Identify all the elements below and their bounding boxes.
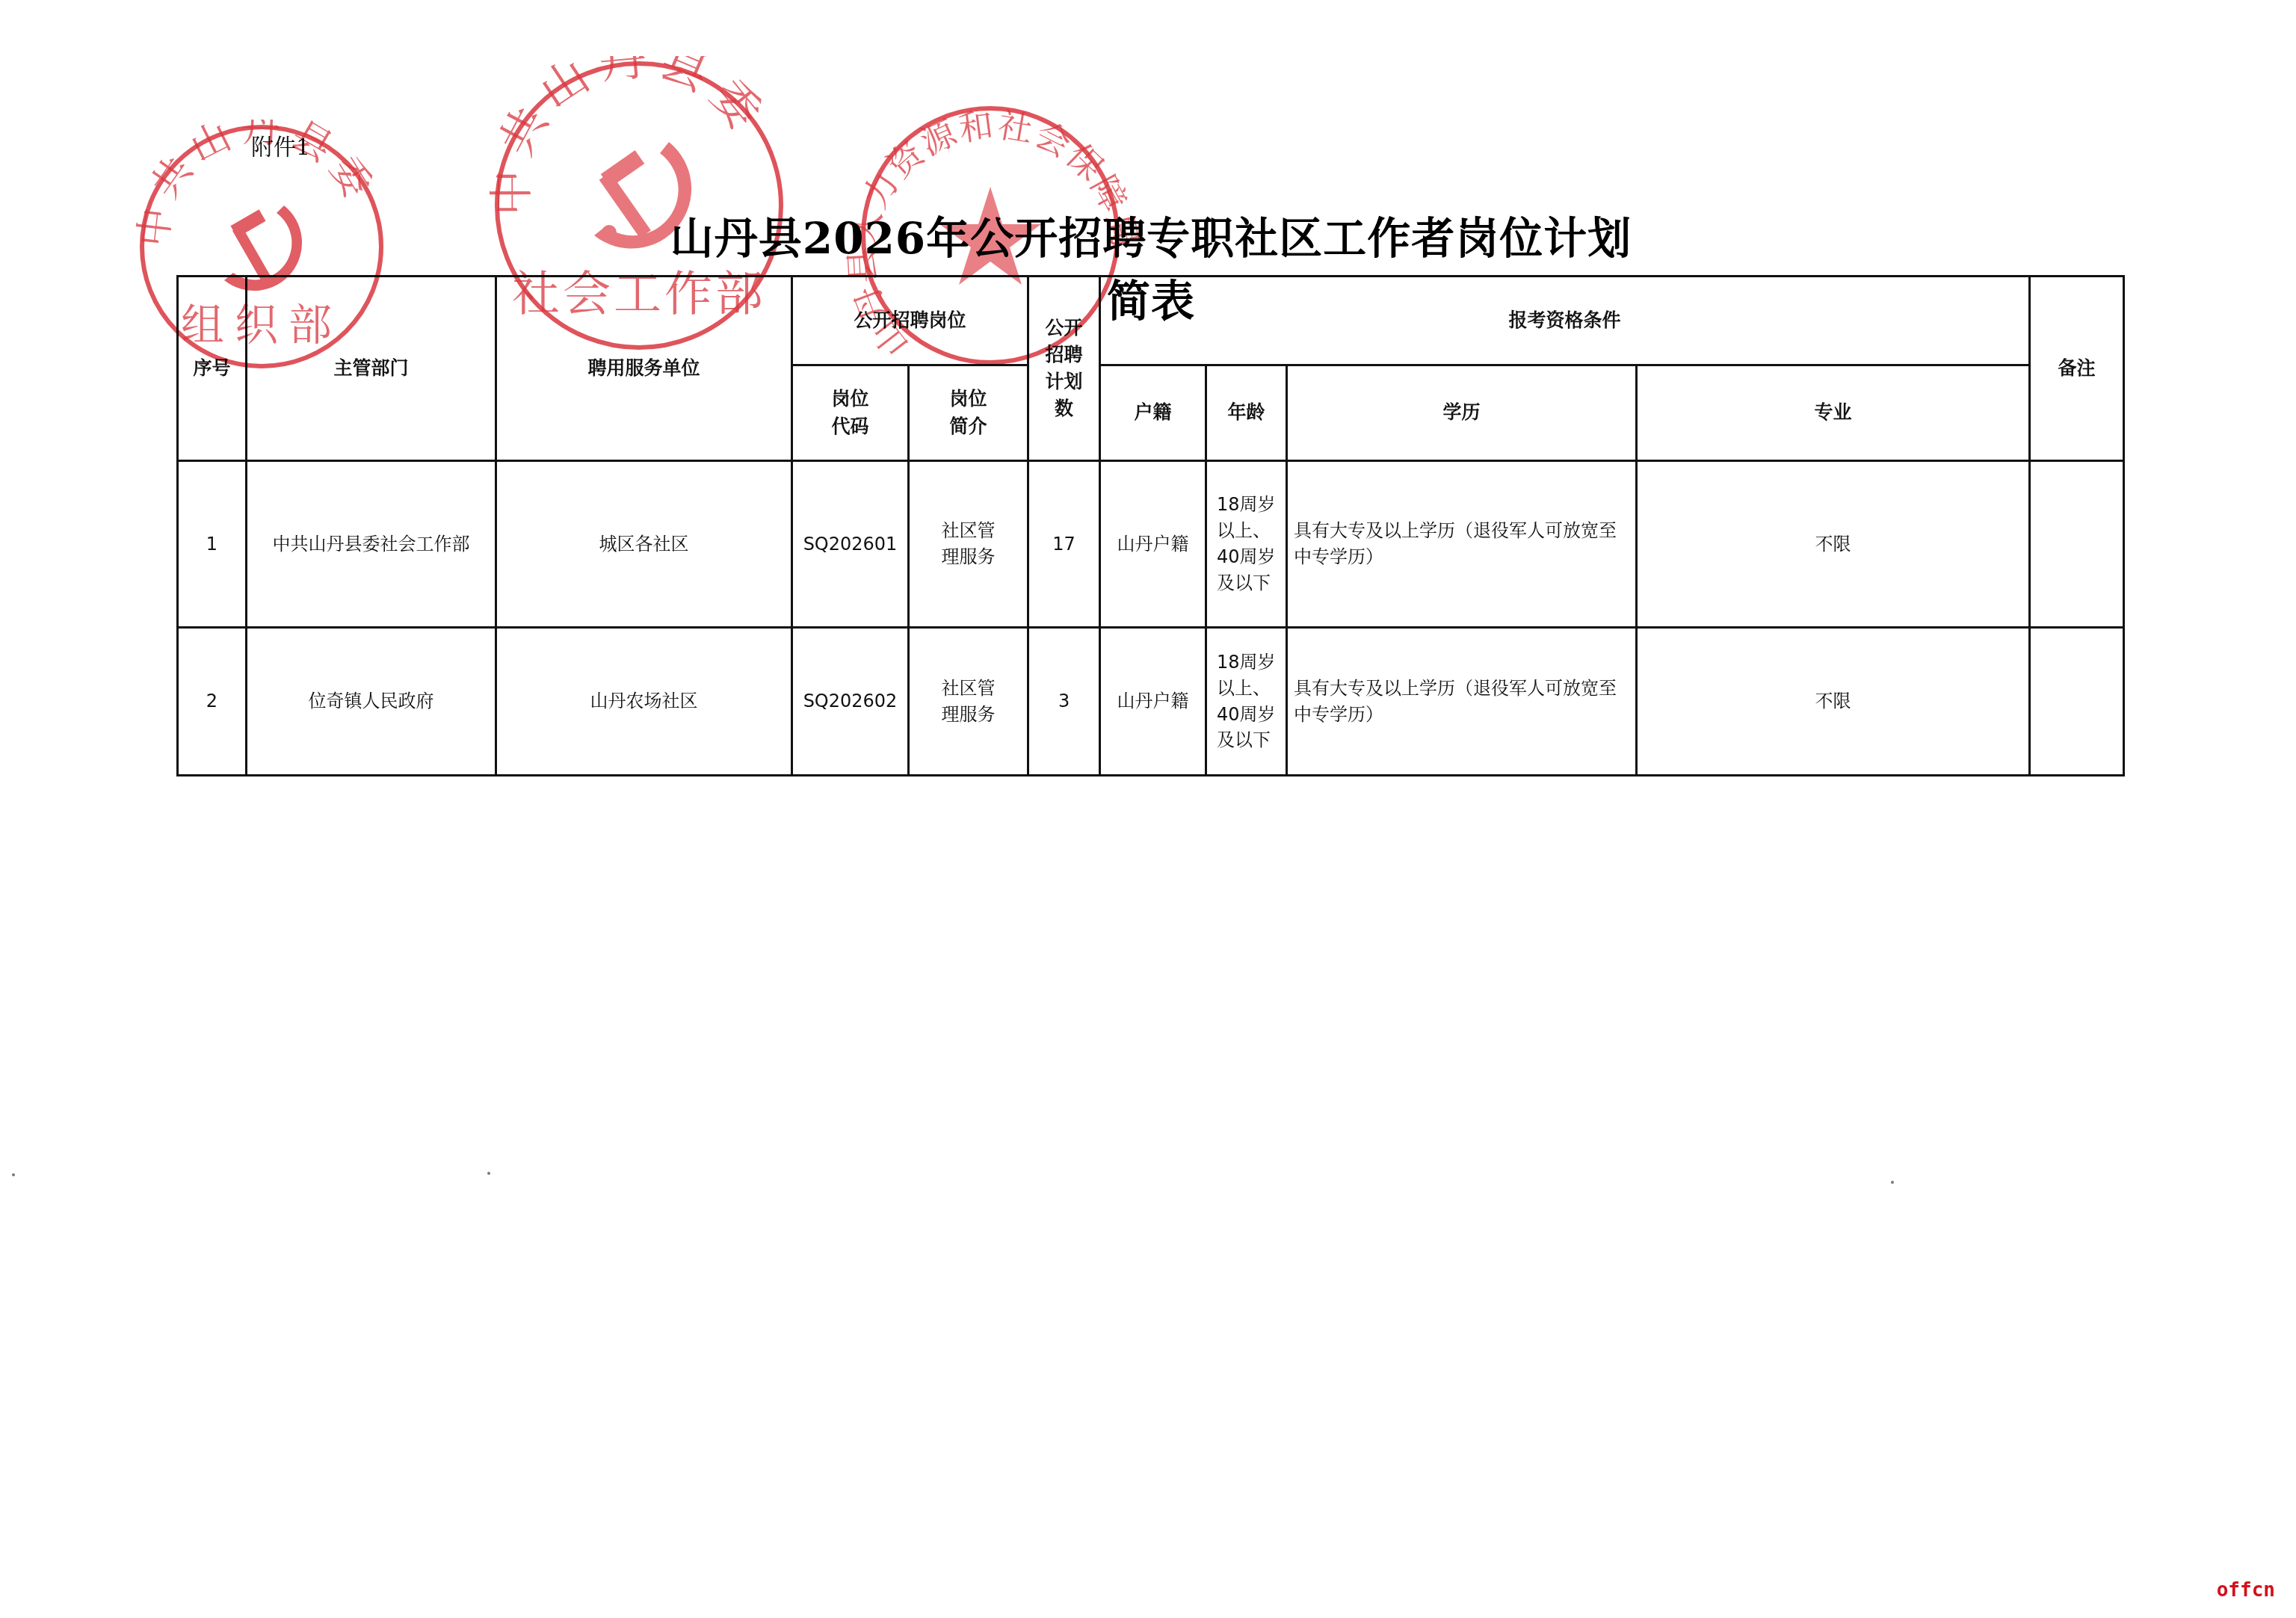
- header-qualification-group: 报考资格条件: [1100, 277, 2030, 365]
- cell-education: 具有大专及以上学历（退役军人可放宽至中专学历）: [1287, 461, 1637, 628]
- cell-plan-count: 17: [1028, 461, 1100, 628]
- header-department: 主管部门: [247, 277, 496, 461]
- cell-department: 中共山丹县委社会工作部: [247, 461, 496, 628]
- header-remarks: 备注: [2030, 277, 2124, 461]
- scan-speck: [12, 1173, 15, 1176]
- header-position-desc: 岗位简介: [909, 365, 1028, 461]
- cell-age: 18周岁以上、40周岁及以下: [1206, 461, 1287, 628]
- header-position-code: 岗位代码: [792, 365, 909, 461]
- cell-position-desc: 社区管理服务: [909, 628, 1028, 776]
- cell-major: 不限: [1637, 628, 2030, 776]
- scan-speck: [973, 523, 976, 526]
- cell-household: 山丹户籍: [1100, 628, 1206, 776]
- table-row: 2 位奇镇人民政府 山丹农场社区 SQ202602 社区管理服务 3 山丹户籍 …: [178, 628, 2124, 776]
- cell-remarks: [2030, 628, 2124, 776]
- cell-remarks: [2030, 461, 2124, 628]
- cell-position-code: SQ202601: [792, 461, 909, 628]
- header-row-1: 序号 主管部门 聘用服务单位 公开招聘岗位 公开招聘计划数 报考资格条件 备注: [178, 277, 2124, 365]
- cell-seq: 2: [178, 628, 247, 776]
- attachment-label: 附件1: [251, 129, 310, 161]
- cell-plan-count: 3: [1028, 628, 1100, 776]
- cell-position-desc: 社区管理服务: [909, 461, 1028, 628]
- cell-household: 山丹户籍: [1100, 461, 1206, 628]
- watermark-label: offcn: [2217, 1579, 2275, 1602]
- cell-seq: 1: [178, 461, 247, 628]
- cell-major: 不限: [1637, 461, 2030, 628]
- header-unit: 聘用服务单位: [496, 277, 792, 461]
- header-age: 年龄: [1206, 365, 1287, 461]
- cell-position-code: SQ202602: [792, 628, 909, 776]
- header-major: 专业: [1637, 365, 2030, 461]
- seal-ring-text: 中共山丹县委: [490, 56, 777, 216]
- cell-department: 位奇镇人民政府: [247, 628, 496, 776]
- cell-age: 18周岁以上、40周岁及以下: [1206, 628, 1287, 776]
- header-seq: 序号: [178, 277, 247, 461]
- header-household: 户籍: [1100, 365, 1206, 461]
- cell-unit: 山丹农场社区: [496, 628, 792, 776]
- scan-speck: [487, 1172, 490, 1175]
- cell-education: 具有大专及以上学历（退役军人可放宽至中专学历）: [1287, 628, 1637, 776]
- header-education: 学历: [1287, 365, 1637, 461]
- svg-text:中共山丹县委: 中共山丹县委: [490, 56, 777, 216]
- scan-speck: [1891, 1181, 1894, 1184]
- recruitment-plan-table: 序号 主管部门 聘用服务单位 公开招聘岗位 公开招聘计划数 报考资格条件 备注 …: [176, 275, 2125, 776]
- header-plan-count: 公开招聘计划数: [1028, 277, 1100, 461]
- cell-unit: 城区各社区: [496, 461, 792, 628]
- header-position-group: 公开招聘岗位: [792, 277, 1028, 365]
- table-row: 1 中共山丹县委社会工作部 城区各社区 SQ202601 社区管理服务 17 山…: [178, 461, 2124, 628]
